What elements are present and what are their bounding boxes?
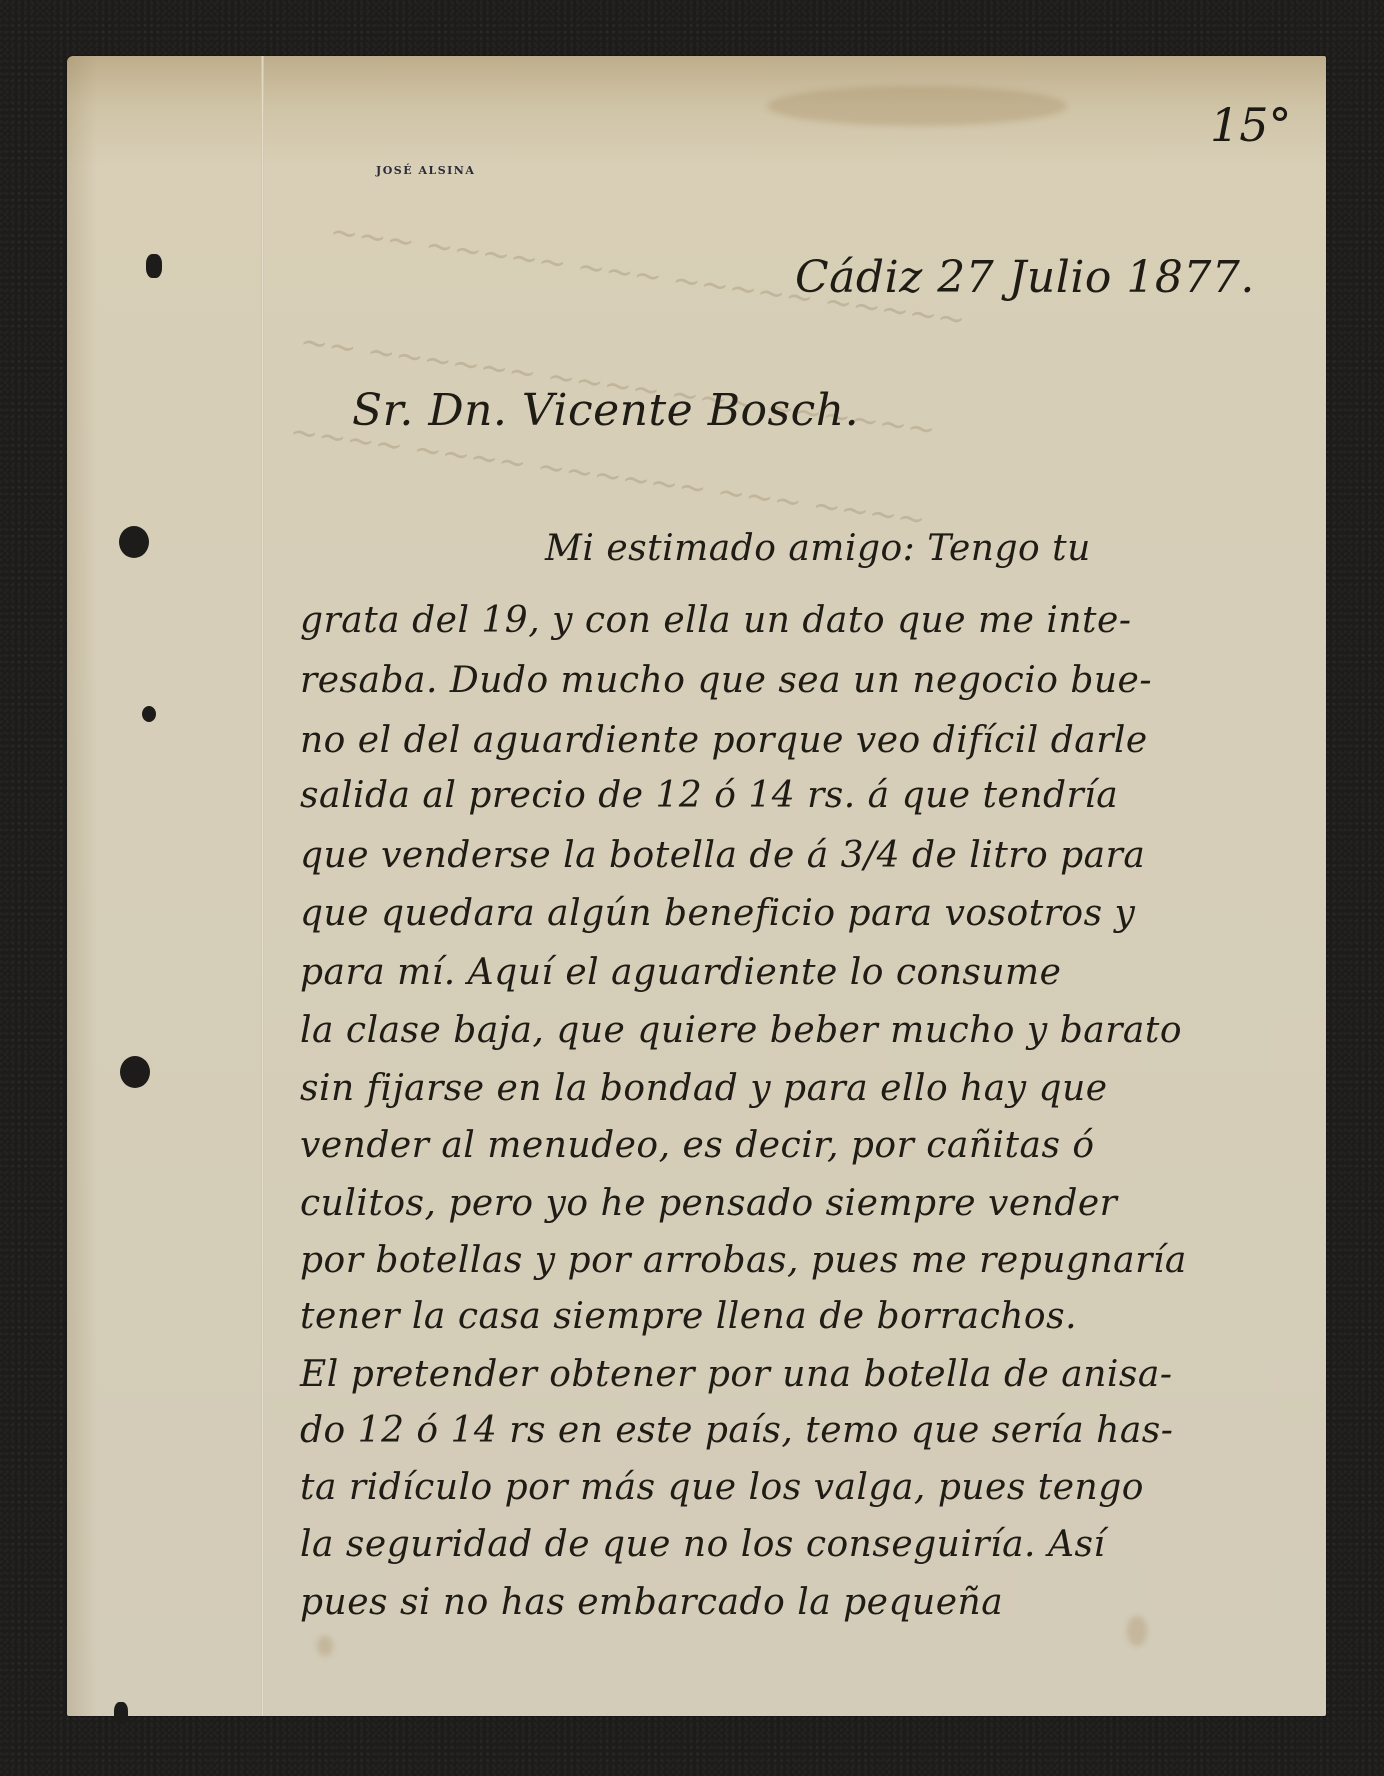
body-line: tener la casa siempre llena de borrachos…	[300, 1296, 1077, 1337]
body-line: que quedara algún beneficio para vosotro…	[300, 893, 1135, 934]
body-line: la seguridad de que no los conseguiría. …	[300, 1524, 1105, 1565]
paper-stain	[767, 86, 1067, 126]
body-line: sin fijarse en la bondad y para ello hay…	[300, 1068, 1108, 1109]
body-line: para mí. Aquí el aguardiente lo consume	[300, 952, 1062, 993]
body-line: por botellas y por arrobas, pues me repu…	[300, 1240, 1187, 1281]
paper-stain	[1127, 1616, 1147, 1646]
place-date: Cádiz 27 Julio 1877.	[795, 252, 1255, 303]
punch-hole	[119, 526, 149, 558]
body-line: no el del aguardiente porque veo difícil…	[300, 720, 1148, 761]
body-line: pues si no has embarcado la pequeña	[300, 1582, 1003, 1623]
body-line: do 12 ó 14 rs en este país, temo que ser…	[300, 1410, 1173, 1451]
addressee: Sr. Dn. Vicente Bosch.	[352, 385, 859, 436]
margin-fold-line	[261, 56, 264, 1716]
punch-hole	[146, 254, 162, 278]
body-line: culitos, pero yo he pensado siempre vend…	[300, 1183, 1117, 1224]
body-line: El pretender obtener por una botella de …	[300, 1354, 1173, 1395]
body-line: Mi estimado amigo: Tengo tu	[545, 528, 1091, 569]
punch-hole	[120, 1056, 150, 1088]
body-line: ta ridículo por más que los valga, pues …	[300, 1467, 1144, 1508]
folio-number: 15°	[1210, 98, 1292, 152]
body-line: la clase baja, que quiere beber mucho y …	[300, 1010, 1182, 1051]
body-line: salida al precio de 12 ó 14 rs. á que te…	[300, 775, 1118, 816]
body-line: que venderse la botella de á 3/4 de litr…	[300, 835, 1145, 876]
paper-stain	[317, 1636, 333, 1656]
body-line: grata del 19, y con ella un dato que me …	[300, 600, 1131, 641]
punch-hole	[114, 1702, 128, 1724]
body-line: vender al menudeo, es decir, por cañitas…	[300, 1125, 1095, 1166]
body-line: resaba. Dudo mucho que sea un negocio bu…	[300, 660, 1152, 701]
punch-hole	[142, 706, 156, 722]
letterhead: JOSÉ ALSINA	[376, 164, 475, 177]
